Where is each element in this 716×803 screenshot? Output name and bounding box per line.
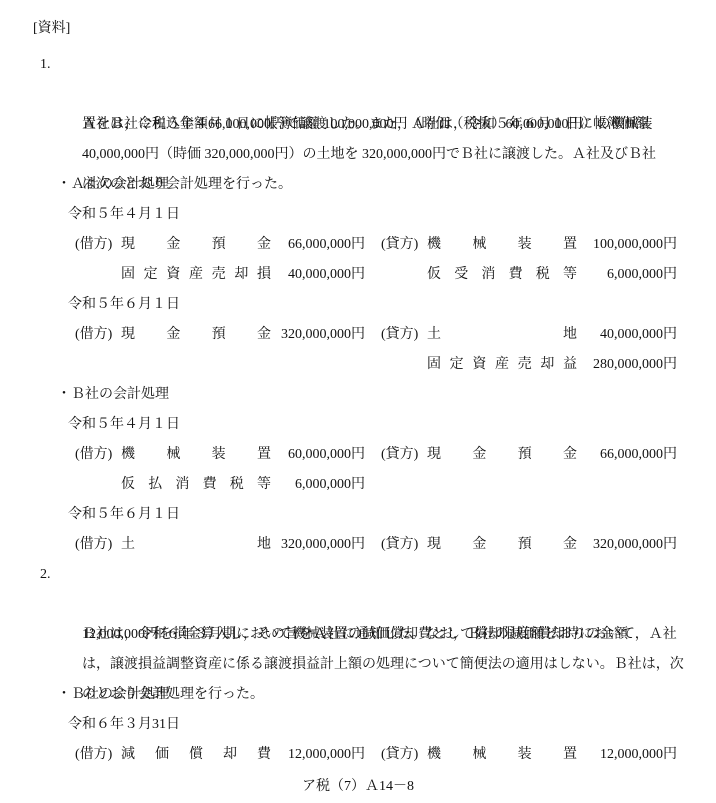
credit-amount: 6,000,000円 <box>577 260 677 290</box>
column-gap <box>365 230 381 260</box>
journal-row: 固定資産売却損 40,000,000円 仮受消費税等 6,000,000円 <box>75 260 716 290</box>
column-gap <box>365 530 381 560</box>
item1-line-3: 40,000,000円（時価 320,000,000円）の土地を 320,000… <box>68 110 716 140</box>
credit-amount: 320,000,000円 <box>577 530 677 560</box>
debit-amount <box>271 350 365 380</box>
item2-line-1: 2. Ｂ社は，令和６年３月期において機械装置の減価償却費として償却限度額どおりの… <box>68 560 716 590</box>
column-gap <box>365 320 381 350</box>
item2-line-4: のとおり会計処理を行った。 <box>68 650 716 680</box>
credit-amount: 40,000,000円 <box>577 320 677 350</box>
debit-account: 現金預金 <box>121 230 271 260</box>
credit-account: 現金預金 <box>427 440 577 470</box>
date-line: 令和６年３月31日 <box>68 710 716 740</box>
credit-label: (貸方) <box>381 440 427 470</box>
debit-amount: 320,000,000円 <box>271 320 365 350</box>
journal-row: (借方) 減価償却費 12,000,000円 (貸方) 機械装置 12,000,… <box>75 740 716 770</box>
item1-line-4: は次のとおり会計処理を行った。 <box>68 140 716 170</box>
debit-label <box>75 350 121 380</box>
item1-line-2: 置をＢ社に税込金額66,000,000円で譲渡した。また，Ａ社は，令和５年６月１… <box>68 80 716 110</box>
debit-label: (借方) <box>75 740 121 770</box>
item2-line-2: 12,000,000円を損金算入し，その旨をＡ社に通知した。なお，Ｂ社の減価償却… <box>68 590 716 620</box>
page-footer: ア税（7）Ａ14－8 <box>0 772 716 802</box>
debit-amount: 60,000,000円 <box>271 440 365 470</box>
credit-account: 土地 <box>427 320 577 350</box>
credit-label <box>381 260 427 290</box>
credit-account: 仮受消費税等 <box>427 260 577 290</box>
debit-account: 現金預金 <box>121 320 271 350</box>
page-title: [資料] <box>33 14 716 44</box>
credit-account: 機械装置 <box>427 740 577 770</box>
item2-line-3: は，譲渡損益調整資産に係る譲渡損益計上額の処理について簡便法の適用はしない。Ｂ社… <box>68 620 716 650</box>
journal-row: 仮払消費税等 6,000,000円 <box>75 470 716 500</box>
journal-row: (借方) 機械装置 60,000,000円 (貸方) 現金預金 66,000,0… <box>75 440 716 470</box>
debit-label <box>75 260 121 290</box>
debit-amount: 40,000,000円 <box>271 260 365 290</box>
credit-amount: 66,000,000円 <box>577 440 677 470</box>
debit-account: 減価償却費 <box>121 740 271 770</box>
debit-account: 固定資産売却損 <box>121 260 271 290</box>
debit-account: 仮払消費税等 <box>121 470 271 500</box>
item1-line-1: 1. Ａ社は，令和５年４月１日に帳簿価額 100,000,000円（時価（税抜）… <box>68 50 716 80</box>
debit-amount: 12,000,000円 <box>271 740 365 770</box>
column-gap <box>365 350 381 380</box>
credit-label: (貸方) <box>381 740 427 770</box>
credit-account <box>427 470 577 500</box>
debit-account: 機械装置 <box>121 440 271 470</box>
item2-number: 2. <box>40 560 51 590</box>
debit-amount: 6,000,000円 <box>271 470 365 500</box>
column-gap <box>365 440 381 470</box>
credit-label: (貸方) <box>381 320 427 350</box>
date-line: 令和５年４月１日 <box>68 200 716 230</box>
credit-label: (貸方) <box>381 530 427 560</box>
debit-label: (借方) <box>75 530 121 560</box>
credit-label <box>381 470 427 500</box>
debit-amount: 320,000,000円 <box>271 530 365 560</box>
credit-amount: 280,000,000円 <box>577 350 677 380</box>
debit-account <box>121 350 271 380</box>
credit-amount: 12,000,000円 <box>577 740 677 770</box>
paragraph-text: のとおり会計処理を行った。 <box>82 687 264 702</box>
credit-amount: 100,000,000円 <box>577 230 677 260</box>
date-line: 令和５年４月１日 <box>68 410 716 440</box>
journal-row: (借方) 現金預金 320,000,000円 (貸方) 土地 40,000,00… <box>75 320 716 350</box>
credit-label <box>381 350 427 380</box>
date-line: 令和５年６月１日 <box>68 290 716 320</box>
debit-label: (借方) <box>75 230 121 260</box>
credit-amount <box>577 470 677 500</box>
debit-label <box>75 470 121 500</box>
column-gap <box>365 470 381 500</box>
credit-label: (貸方) <box>381 230 427 260</box>
item1-number: 1. <box>40 50 51 80</box>
section-b-heading: ・Ｂ社の会計処理 <box>57 380 716 410</box>
paragraph-text: は次のとおり会計処理を行った。 <box>82 177 292 192</box>
credit-account: 機械装置 <box>427 230 577 260</box>
debit-label: (借方) <box>75 440 121 470</box>
debit-label: (借方) <box>75 320 121 350</box>
debit-account: 土地 <box>121 530 271 560</box>
journal-row: (借方) 現金預金 66,000,000円 (貸方) 機械装置 100,000,… <box>75 230 716 260</box>
credit-account: 現金預金 <box>427 530 577 560</box>
document-page: [資料] 1. Ａ社は，令和５年４月１日に帳簿価額 100,000,000円（時… <box>0 0 716 803</box>
credit-account: 固定資産売却益 <box>427 350 577 380</box>
column-gap <box>365 260 381 290</box>
date-line: 令和５年６月１日 <box>68 500 716 530</box>
column-gap <box>365 740 381 770</box>
journal-row: (借方) 土地 320,000,000円 (貸方) 現金預金 320,000,0… <box>75 530 716 560</box>
debit-amount: 66,000,000円 <box>271 230 365 260</box>
journal-row: 固定資産売却益 280,000,000円 <box>75 350 716 380</box>
